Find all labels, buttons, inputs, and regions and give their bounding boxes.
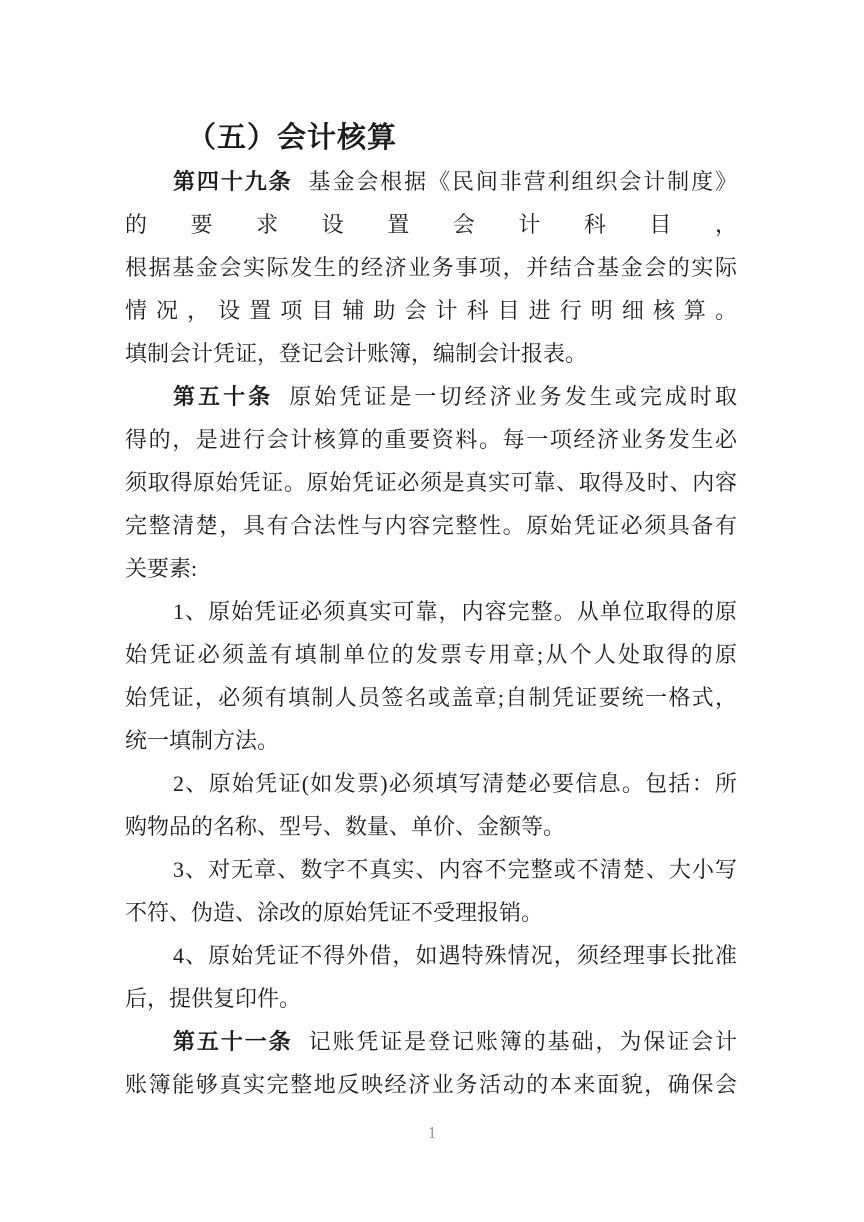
document-page: （五）会计核算 第四十九条基金会根据《民间非营利组织会计制度》 的要求设置会计科… [0, 0, 864, 1222]
article-50-line-2: 得的，是进行会计核算的重要资料。每一项经济业务发生必 [125, 418, 737, 461]
article-51-label: 第五十一条 [173, 1029, 293, 1054]
article-49-line-1: 第四十九条基金会根据《民间非营利组织会计制度》 [125, 160, 737, 203]
list-item-1-line-4: 统一填制方法。 [125, 719, 737, 762]
article-50-line-3: 须取得原始凭证。原始凭证必须是真实可靠、取得及时、内容 [125, 461, 737, 504]
article-50-line-1-text: 原始凭证是一切经济业务发生或完成时取 [289, 384, 737, 409]
article-50-line-1: 第五十条原始凭证是一切经济业务发生或完成时取 [125, 375, 737, 418]
list-item-1-line-2: 始凭证必须盖有填制单位的发票专用章;从个人处取得的原 [125, 633, 737, 676]
article-49-line-3: 根据基金会实际发生的经济业务事项，并结合基金会的实际 [125, 246, 737, 289]
article-51-line-1-text: 记账凭证是登记账簿的基础，为保证会计 [309, 1029, 737, 1054]
section-heading: （五）会计核算 [125, 117, 737, 160]
article-49-line-1-text: 基金会根据《民间非营利组织会计制度》 [309, 169, 737, 194]
list-item-2-line-1: 2、原始凭证(如发票)必须填写清楚必要信息。包括：所 [125, 762, 737, 805]
article-50-label: 第五十条 [173, 384, 273, 409]
article-50-line-4: 完整清楚，具有合法性与内容完整性。原始凭证必须具备有 [125, 504, 737, 547]
list-item-1-line-3: 始凭证，必须有填制人员签名或盖章;自制凭证要统一格式， [125, 676, 737, 719]
list-item-3-line-1: 3、对无章、数字不真实、内容不完整或不清楚、大小写 [125, 848, 737, 891]
article-51-line-2: 账簿能够真实完整地反映经济业务活动的本来面貌，确保会 [125, 1063, 737, 1106]
article-49-line-5: 填制会计凭证，登记会计账簿，编制会计报表。 [125, 332, 737, 375]
page-number: 1 [0, 1122, 864, 1144]
list-item-4-line-2: 后，提供复印件。 [125, 977, 737, 1020]
list-item-4-line-1: 4、原始凭证不得外借，如遇特殊情况，须经理事长批准 [125, 934, 737, 977]
article-50-line-5: 关要素: [125, 547, 737, 590]
document-text-block: （五）会计核算 第四十九条基金会根据《民间非营利组织会计制度》 的要求设置会计科… [125, 117, 737, 1106]
article-49-line-2: 的要求设置会计科目， [125, 203, 737, 246]
list-item-3-line-2: 不符、伪造、涂改的原始凭证不受理报销。 [125, 891, 737, 934]
list-item-2-line-2: 购物品的名称、型号、数量、单价、金额等。 [125, 805, 737, 848]
article-49-label: 第四十九条 [173, 169, 293, 194]
article-49-line-4: 情况，设置项目辅助会计科目进行明细核算。 [125, 289, 737, 332]
list-item-1-line-1: 1、原始凭证必须真实可靠，内容完整。从单位取得的原 [125, 590, 737, 633]
article-51-line-1: 第五十一条记账凭证是登记账簿的基础，为保证会计 [125, 1020, 737, 1063]
